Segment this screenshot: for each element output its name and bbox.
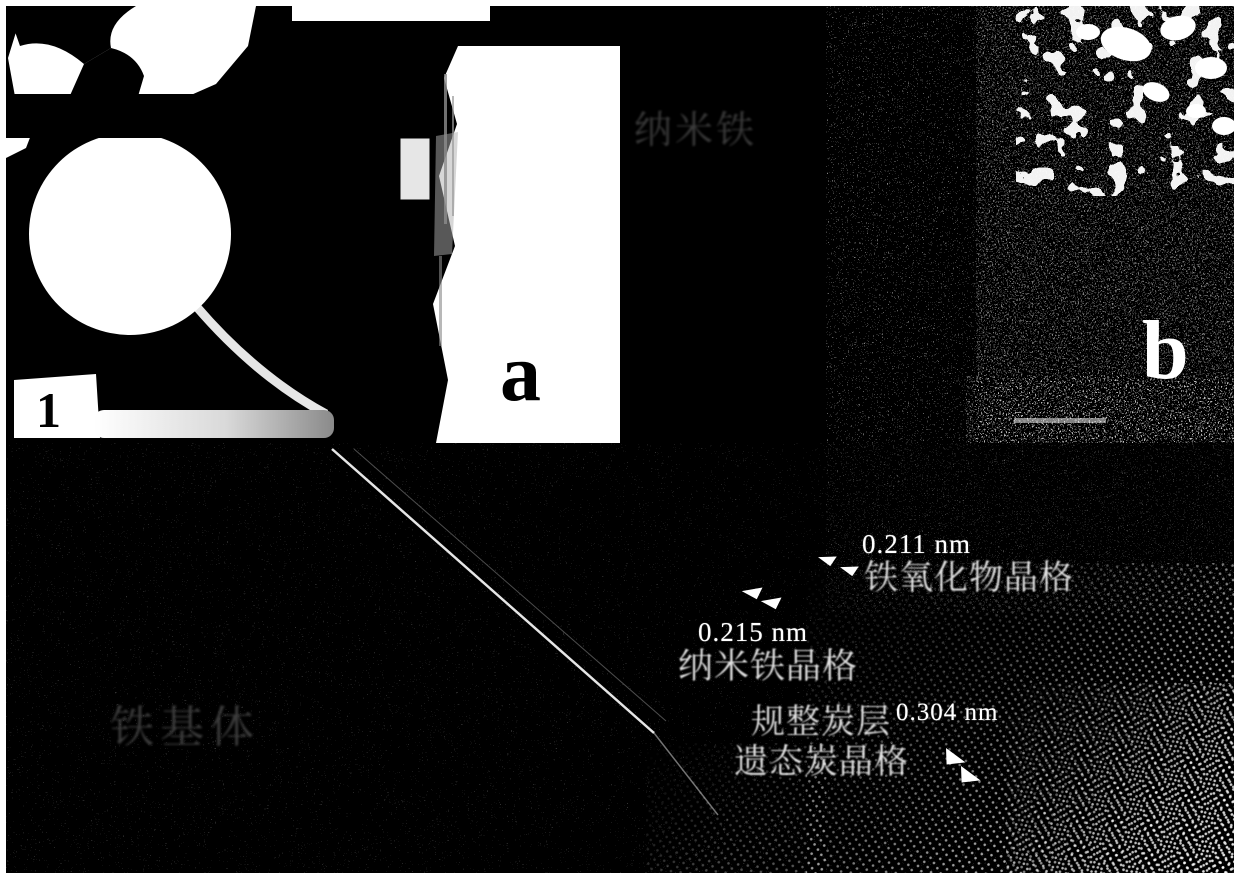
carbon-caption-line2: 遗态炭晶格 bbox=[734, 746, 909, 780]
nano-iron-region-label: 纳米铁 bbox=[634, 112, 757, 150]
iron-matrix-label: 铁基体 bbox=[110, 706, 260, 750]
panel-b-label: b bbox=[1142, 304, 1189, 397]
nano-iron-spacing: 0.215 nm bbox=[698, 619, 808, 646]
zoom-region-box bbox=[398, 136, 432, 202]
figure-page: 1 a bbox=[0, 0, 1240, 879]
scale-bar bbox=[1014, 418, 1106, 423]
bottom-micrograph bbox=[6, 443, 1234, 873]
panel-a-micrograph: 1 a bbox=[6, 6, 626, 443]
panel-b-micrograph: b bbox=[826, 6, 1234, 443]
panel-a-label: a bbox=[500, 327, 541, 418]
nano-iron-caption: 纳米铁晶格 bbox=[678, 649, 858, 684]
carbon-caption-line1: 规整炭层 bbox=[751, 706, 891, 740]
carbon-spacing: 0.304 nm bbox=[896, 700, 998, 725]
iron-oxide-spacing: 0.211 nm bbox=[862, 531, 971, 558]
lattice-fringe-texture bbox=[1006, 683, 1234, 873]
bright-bottom-strip bbox=[94, 410, 334, 438]
figure-canvas: 1 a bbox=[6, 6, 1234, 873]
noise-texture bbox=[966, 376, 1234, 443]
iron-oxide-caption: 铁氧化物晶格 bbox=[864, 562, 1074, 596]
figure-number: 1 bbox=[36, 382, 61, 438]
bright-top-strip bbox=[292, 6, 490, 21]
